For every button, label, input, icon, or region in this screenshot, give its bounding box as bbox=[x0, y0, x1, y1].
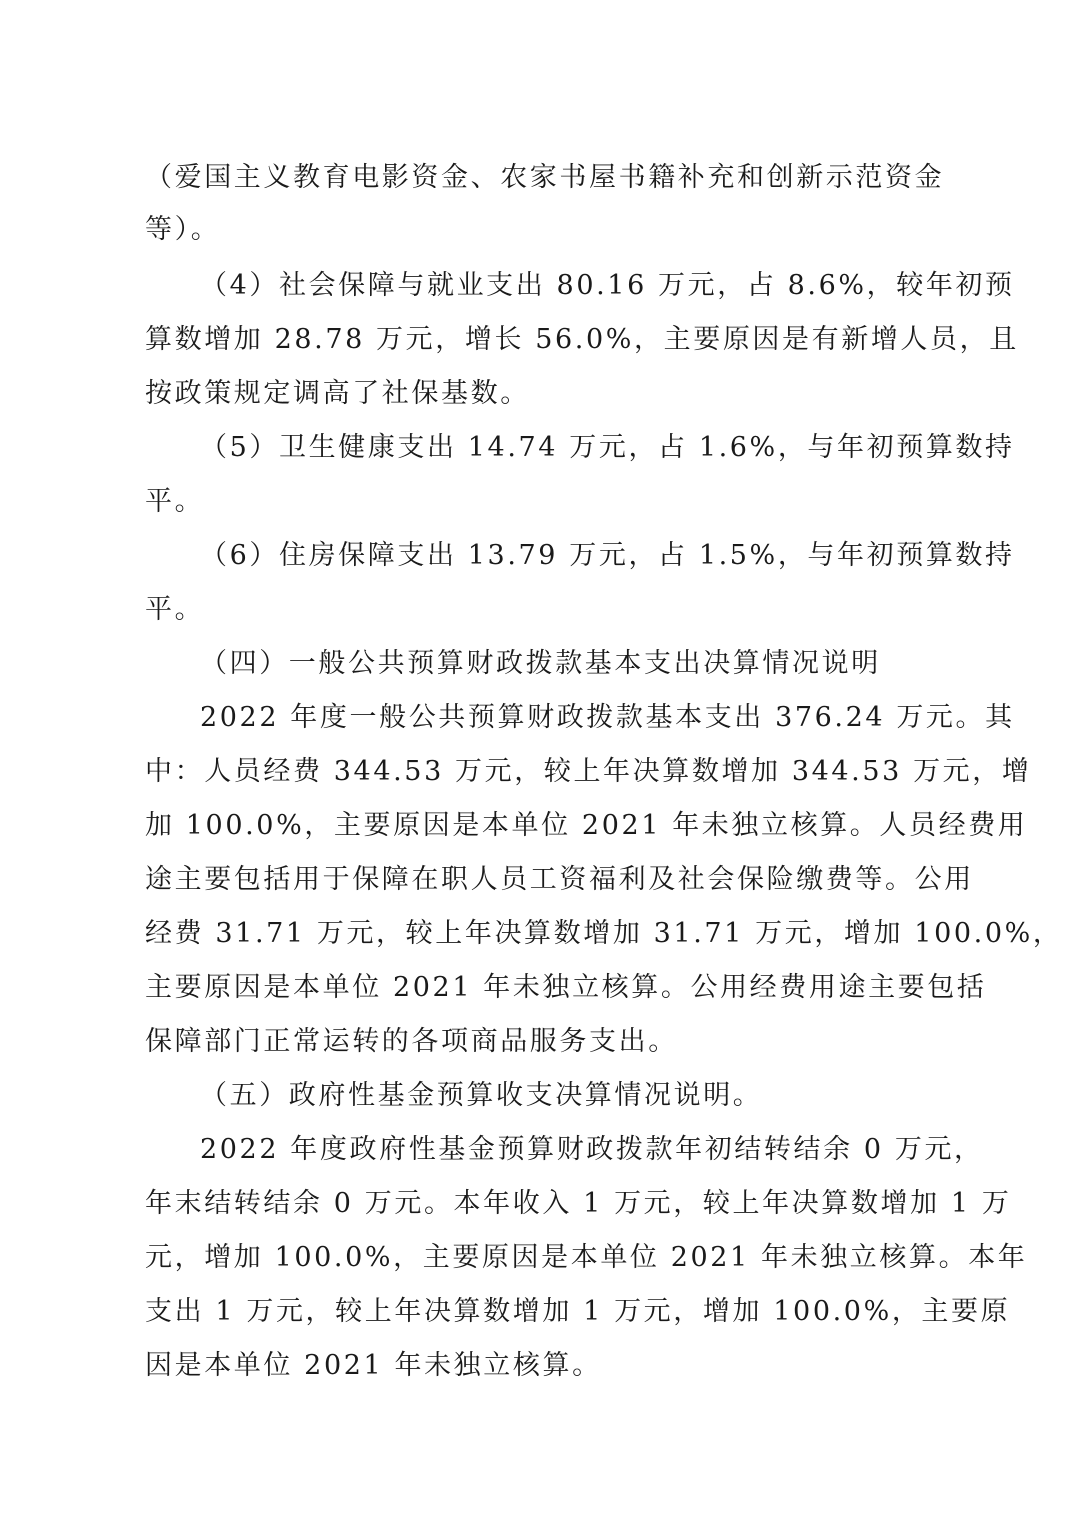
paragraph-housing: （6）住房保障支出 13.79 万元，占 1.5%，与年初预算数持 bbox=[200, 538, 1000, 574]
text-line: 年末结转结余 0 万元。本年收入 1 万元，较上年决算数增加 1 万 bbox=[145, 1186, 945, 1222]
text-line: 算数增加 28.78 万元，增长 56.0%，主要原因是有新增人员，且 bbox=[145, 322, 945, 358]
text-line: 保障部门正常运转的各项商品服务支出。 bbox=[145, 1024, 945, 1060]
text-line: 主要原因是本单位 2021 年未独立核算。公用经费用途主要包括 bbox=[145, 970, 945, 1006]
text-line: 途主要包括用于保障在职人员工资福利及社会保险缴费等。公用 bbox=[145, 862, 945, 898]
document-page: （爱国主义教育电影资金、农家书屋书籍补充和创新示范资金 等）。 （4）社会保障与… bbox=[0, 0, 1074, 1520]
text-line: 加 100.0%，主要原因是本单位 2021 年未独立核算。人员经费用 bbox=[145, 808, 945, 844]
section-heading-5: （五）政府性基金预算收支决算情况说明。 bbox=[200, 1078, 1000, 1114]
text-line: 中：人员经费 344.53 万元，较上年决算数增加 344.53 万元，增 bbox=[145, 754, 945, 790]
text-line: （爱国主义教育电影资金、农家书屋书籍补充和创新示范资金 bbox=[145, 160, 945, 196]
text-line: 经费 31.71 万元，较上年决算数增加 31.71 万元，增加 100.0%， bbox=[145, 916, 945, 952]
text-line: 支出 1 万元，较上年决算数增加 1 万元，增加 100.0%，主要原 bbox=[145, 1294, 945, 1330]
text-line: 元，增加 100.0%，主要原因是本单位 2021 年未独立核算。本年 bbox=[145, 1240, 945, 1276]
paragraph-social-security: （4）社会保障与就业支出 80.16 万元，占 8.6%，较年初预 bbox=[200, 268, 1000, 304]
paragraph-government-fund: 2022 年度政府性基金预算财政拨款年初结转结余 0 万元， bbox=[200, 1132, 1000, 1168]
text-line: 按政策规定调高了社保基数。 bbox=[145, 376, 945, 412]
text-line: 平。 bbox=[145, 592, 945, 628]
text-line: 因是本单位 2021 年未独立核算。 bbox=[145, 1348, 945, 1384]
section-heading-4: （四）一般公共预算财政拨款基本支出决算情况说明 bbox=[200, 646, 1000, 682]
text-line: 等）。 bbox=[145, 212, 945, 248]
paragraph-basic-expenditure: 2022 年度一般公共预算财政拨款基本支出 376.24 万元。其 bbox=[200, 700, 1000, 736]
paragraph-health: （5）卫生健康支出 14.74 万元，占 1.6%，与年初预算数持 bbox=[200, 430, 1000, 466]
text-line: 平。 bbox=[145, 484, 945, 520]
